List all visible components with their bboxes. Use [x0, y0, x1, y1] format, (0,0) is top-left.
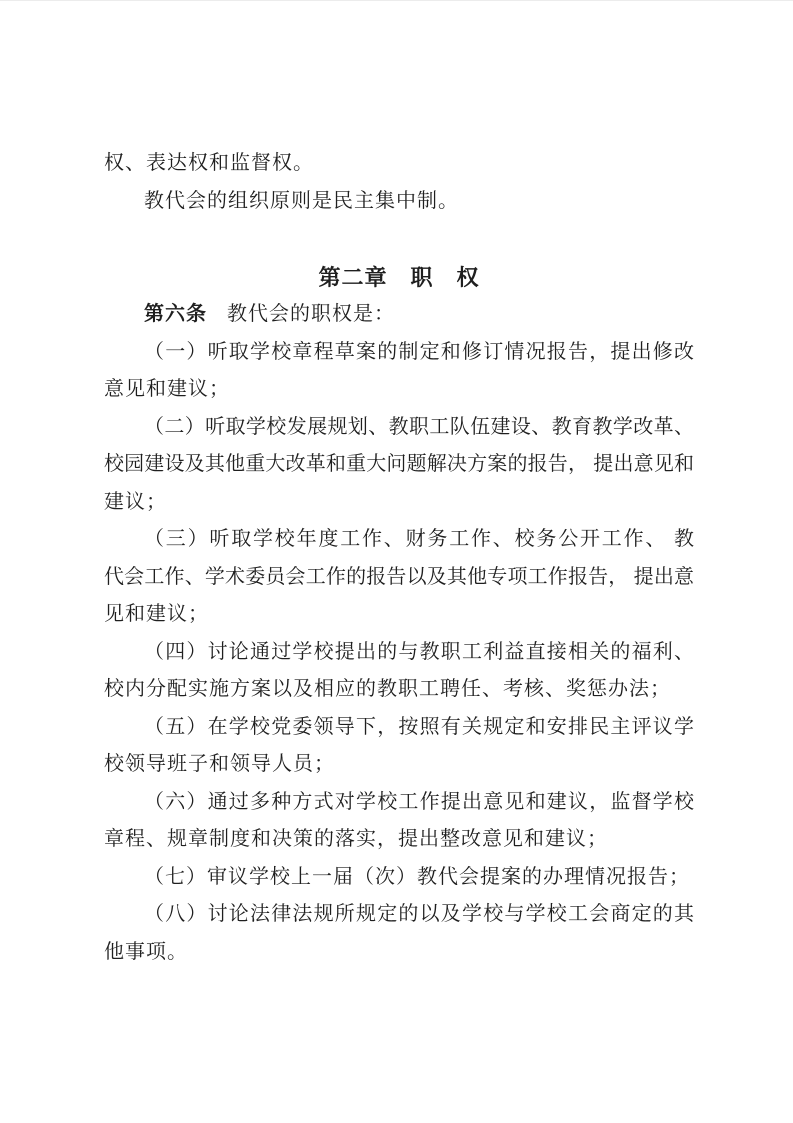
text-line: 权、表达权和监督权。	[104, 145, 694, 183]
text-line: 校园建设及其他重大改革和重大问题解决方案的报告， 提出意见和	[104, 446, 694, 484]
text-line: （一）听取学校章程草案的制定和修订情况报告，提出修改	[104, 334, 694, 372]
text-line: （八）讨论法律法规所规定的以及学校与学校工会商定的其	[104, 896, 694, 934]
article-opening-text: 教代会的职权是：	[227, 303, 395, 325]
text-line: 代会工作、学术委员会工作的报告以及其他专项工作报告， 提出意	[104, 559, 694, 597]
text-line: （三）听取学校年度工作、财务工作、校务公开工作、 教	[104, 521, 694, 559]
text-line: 他事项。	[104, 934, 694, 972]
article-number-label: 第六条	[144, 303, 207, 325]
text-line: （四）讨论通过学校提出的与教职工利益直接相关的福利、	[104, 634, 694, 672]
document-content: 权、表达权和监督权。教代会的组织原则是民主集中制。第二章 职 权第六条教代会的职…	[104, 145, 694, 971]
text-line: （五）在学校党委领导下，按照有关规定和安排民主评议学	[104, 709, 694, 747]
text-line: 校内分配实施方案以及相应的教职工聘任、考核、奖惩办法；	[104, 671, 694, 709]
text-line: 建议；	[104, 484, 694, 522]
text-line: （七）审议学校上一届（次）教代会提案的办理情况报告；	[104, 859, 694, 897]
text-line: （二）听取学校发展规划、教职工队伍建设、教育教学改革、	[104, 409, 694, 447]
text-line: 意见和建议；	[104, 371, 694, 409]
text-line: 见和建议；	[104, 596, 694, 634]
chapter-heading: 第二章 职 权	[104, 260, 694, 296]
text-line: 校领导班子和领导人员；	[104, 746, 694, 784]
text-line: 教代会的组织原则是民主集中制。	[104, 183, 694, 221]
article-opening-line: 第六条教代会的职权是：	[104, 296, 694, 334]
text-line: （六）通过多种方式对学校工作提出意见和建议，监督学校	[104, 784, 694, 822]
document-page: 权、表达权和监督权。教代会的组织原则是民主集中制。第二章 职 权第六条教代会的职…	[0, 0, 793, 1123]
text-line: 章程、规章制度和决策的落实，提出整改意见和建议；	[104, 821, 694, 859]
